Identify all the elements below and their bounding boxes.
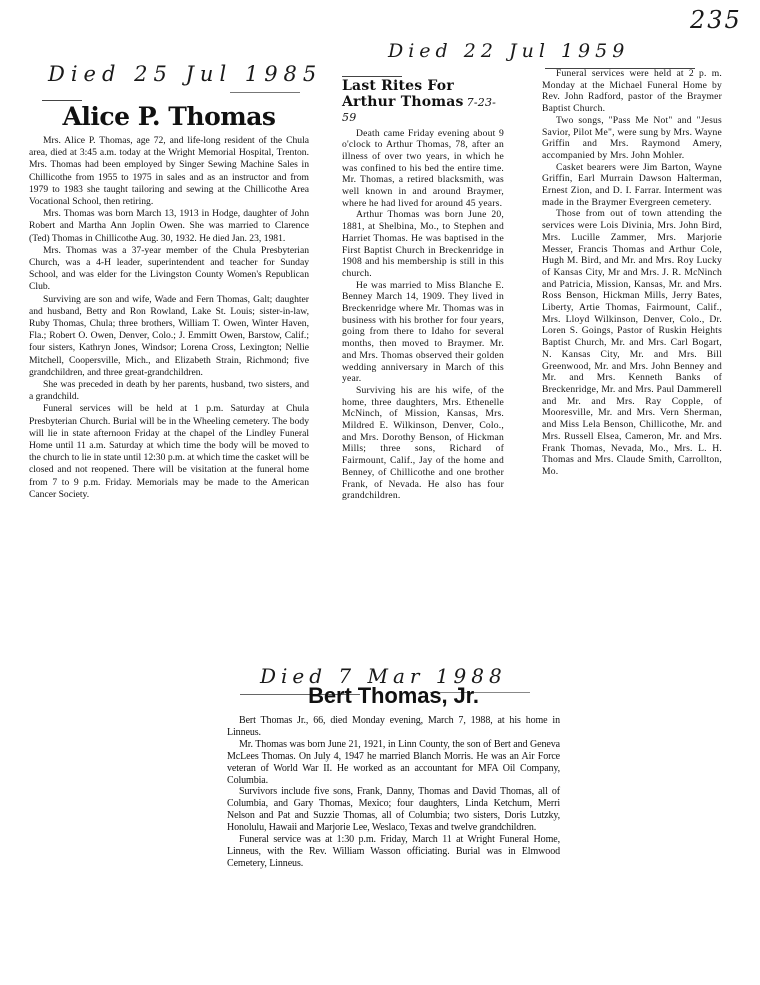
obituary-alice-thomas: Alice P. Thomas Mrs. Alice P. Thomas, ag… (29, 103, 309, 501)
paragraph: Mrs. Alice P. Thomas, age 72, and life-l… (29, 135, 309, 208)
headline-line-1: Last Rites For (342, 78, 454, 94)
paragraph: Bert Thomas Jr., 66, died Monday evening… (227, 715, 560, 739)
handwritten-death-date-arthur: Died 22 Jul 1959 (388, 40, 629, 62)
paragraph: Mrs. Thomas was a 37-year member of the … (29, 245, 309, 294)
handwritten-page-number: 235 (690, 6, 742, 34)
paragraph: Casket bearers were Jim Barton, Wayne Gr… (542, 162, 722, 209)
paragraph: Funeral service was at 1:30 p.m. Friday,… (227, 834, 560, 870)
obituary-arthur-thomas-continued: Funeral services were held at 2 p. m. Mo… (542, 68, 722, 478)
paragraph: She was preceded in death by her parents… (29, 379, 309, 403)
rule-alice-top-right (230, 92, 300, 93)
obituary-bert-thomas-jr: Bert Thomas, Jr. Bert Thomas Jr., 66, di… (227, 715, 560, 870)
paragraph: Surviving are son and wife, Wade and Fer… (29, 294, 309, 379)
paragraph: Funeral services were held at 2 p. m. Mo… (542, 68, 722, 115)
obituary-arthur-thomas: Last Rites For Arthur Thomas7-23-59 Deat… (342, 79, 504, 502)
paragraph: Survivors include five sons, Frank, Dann… (227, 786, 560, 834)
paragraph: Arthur Thomas was born June 20, 1881, at… (342, 209, 504, 279)
paragraph: Mr. Thomas was born June 21, 1921, in Li… (227, 739, 560, 787)
rule-arthur-top (342, 76, 402, 77)
headline-line-2: Arthur Thomas (342, 94, 464, 110)
paragraph: Funeral services will be held at 1 p.m. … (29, 403, 309, 501)
paragraph: Surviving his are his wife, of the home,… (342, 385, 504, 502)
paragraph: Those from out of town attending the ser… (542, 208, 722, 477)
headline-bert: Bert Thomas, Jr. (227, 684, 560, 708)
headline-arthur: Last Rites For Arthur Thomas7-23-59 (342, 79, 504, 126)
paragraph: Two songs, "Pass Me Not" and "Jesus Savi… (542, 115, 722, 162)
handwritten-death-date-alice: Died 25 Jul 1985 (48, 62, 322, 86)
headline-alice: Alice P. Thomas (29, 103, 309, 131)
rule-alice-top (42, 100, 82, 101)
paragraph: Mrs. Thomas was born March 13, 1913 in H… (29, 208, 309, 245)
paragraph: Death came Friday evening about 9 o'cloc… (342, 128, 504, 210)
paragraph: He was married to Miss Blanche E. Benney… (342, 280, 504, 385)
